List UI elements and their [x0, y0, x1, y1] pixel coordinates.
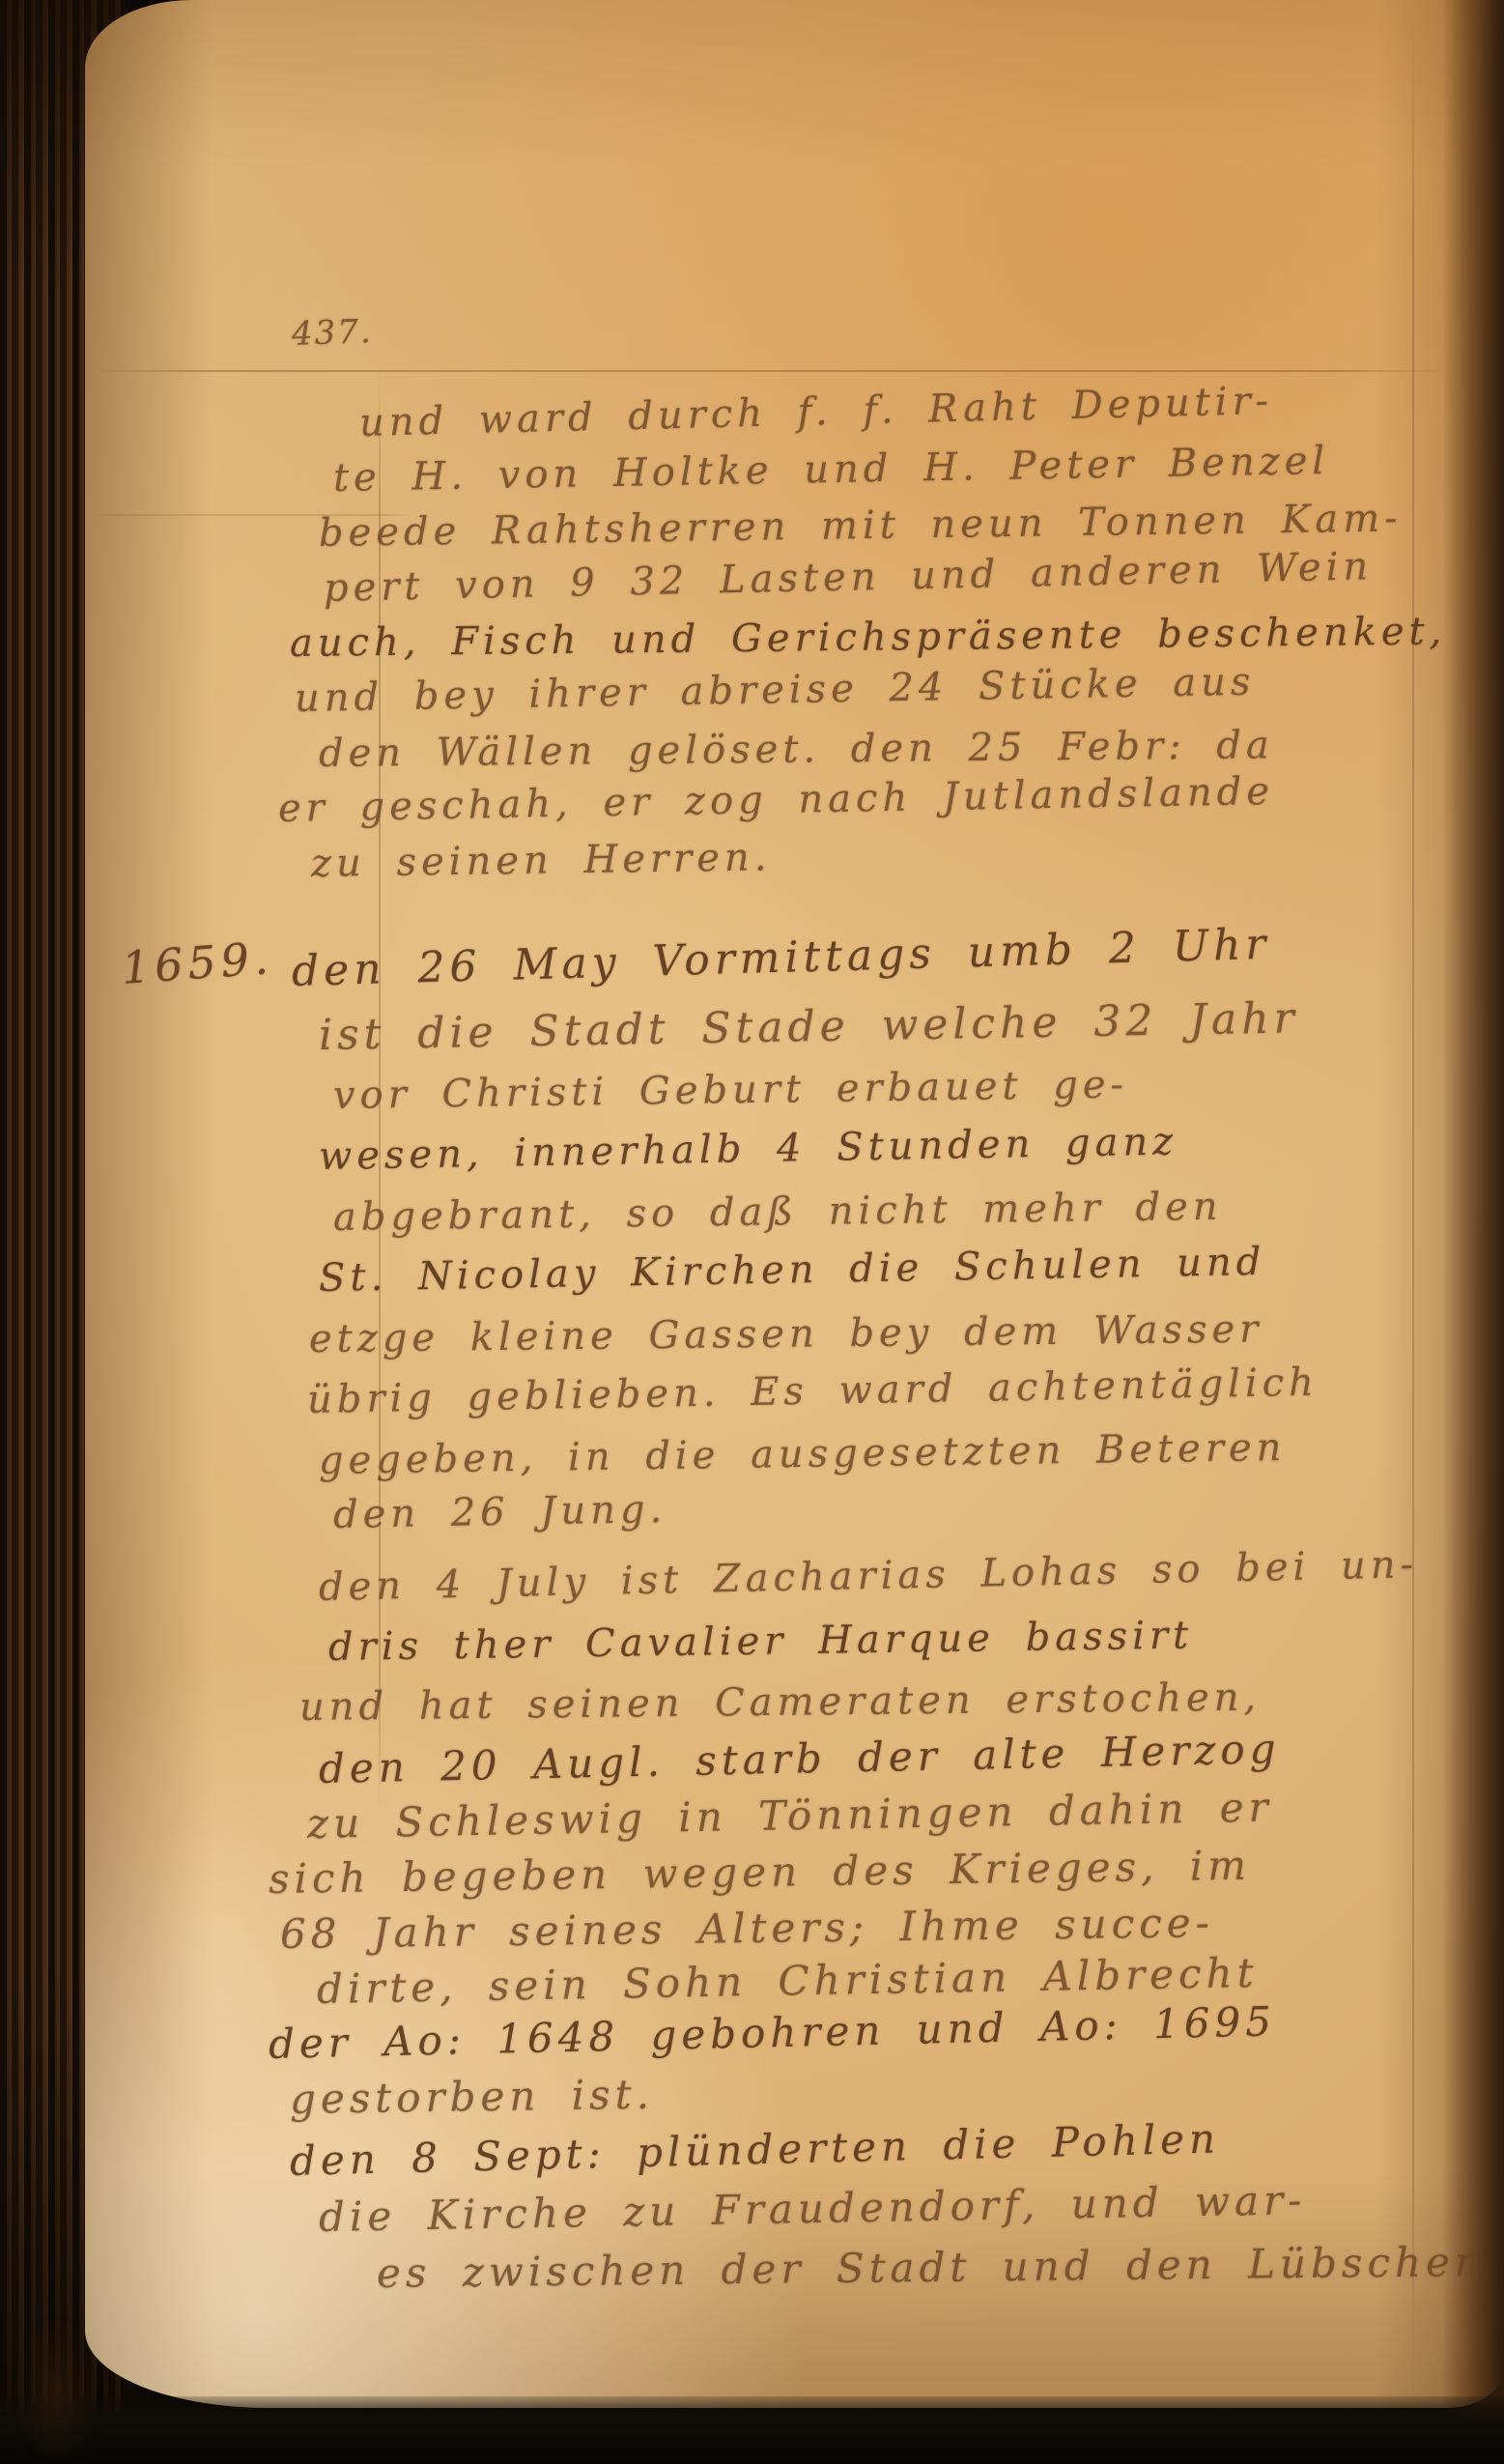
page-right-shadow [1442, 0, 1504, 2464]
paper-stain [145, 1778, 299, 2126]
margin-year: 1659. [120, 931, 274, 994]
ruled-line [92, 370, 1444, 372]
manuscript-line: gestorben ist. [290, 2071, 655, 2123]
manuscript-line: den Wällen gelöset. den 25 Febr: da [319, 723, 1274, 776]
table-edge [0, 2396, 1504, 2464]
manuscript-line: zu seinen Herren. [311, 835, 772, 886]
ink-stain [17, 2319, 95, 2464]
right-margin-line [1412, 0, 1414, 2408]
page-number: 437. [291, 312, 373, 354]
manuscript-photo: 437. und ward durch f. f. Raht Deputir- … [0, 0, 1504, 2464]
manuscript-line: den 26 Jung. [333, 1487, 667, 1537]
